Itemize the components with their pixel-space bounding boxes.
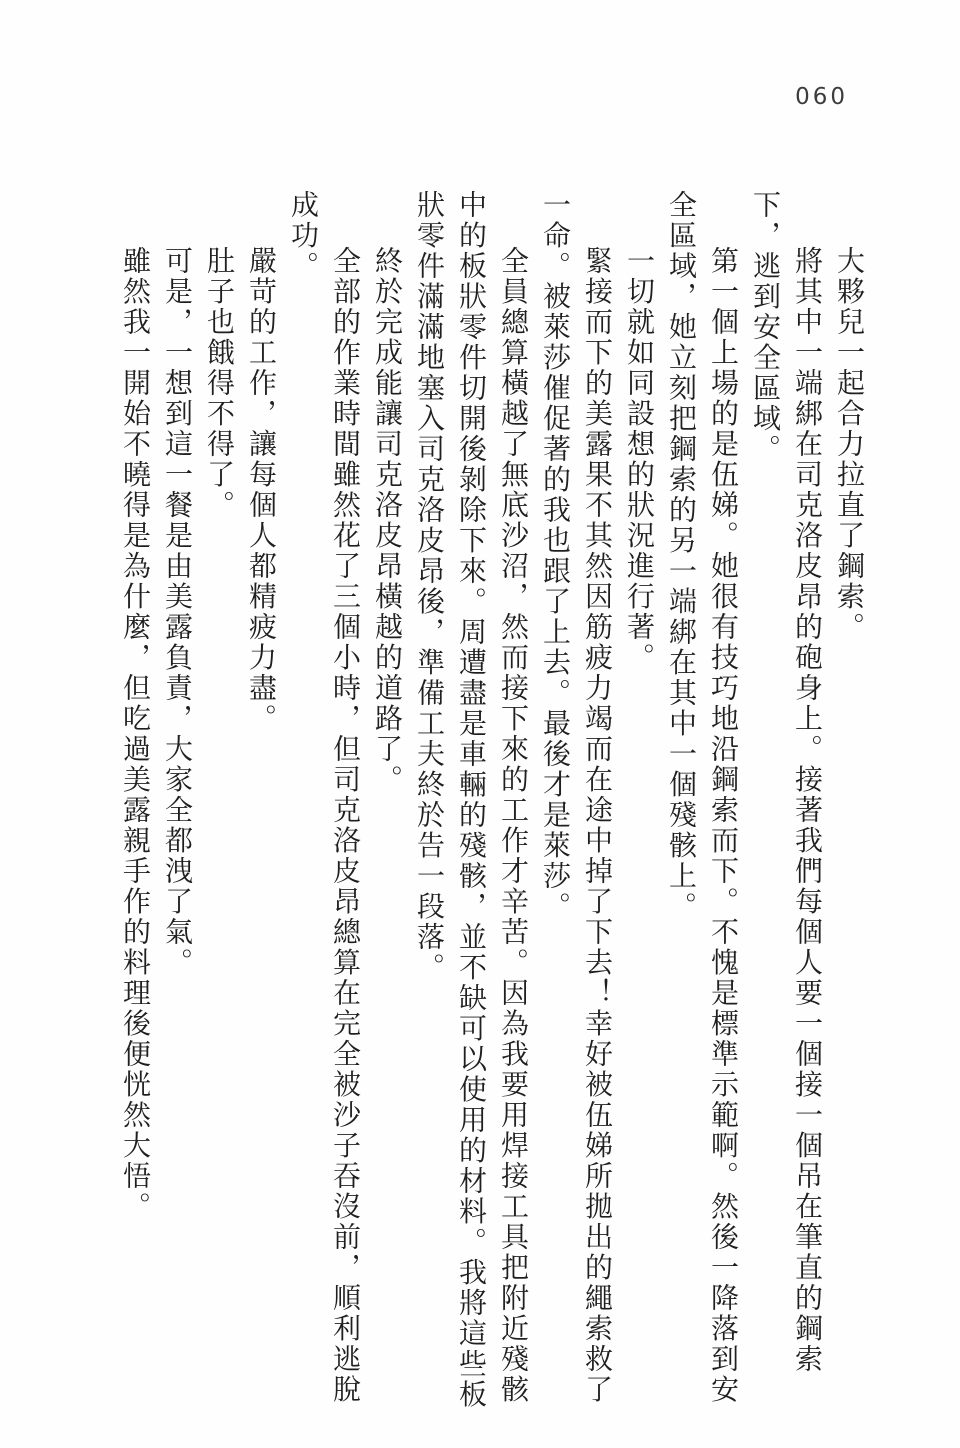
book-page: 060 大夥兒一起合力拉直了鋼索。 將其中一端綁在司克洛皮昂的砲身上。接著我們每… bbox=[0, 0, 960, 1448]
paragraph: 終於完成能讓司克洛皮昂橫越的道路了。 bbox=[366, 190, 408, 1430]
paragraph: 將其中一端綁在司克洛皮昂的砲身上。接著我們每個人要一個接一個吊在筆直的鋼索下，逃… bbox=[744, 190, 828, 1430]
paragraph: 雖然我一開始不曉得是為什麼，但吃過美露親手作的料理後便恍然大悟。 bbox=[114, 190, 156, 1430]
paragraph: 肚子也餓得不得了。 bbox=[198, 190, 240, 1430]
paragraph: 緊接而下的美露果不其然因筋疲力竭而在途中掉了下去！幸好被伍娣所拋出的繩索救了一命… bbox=[534, 190, 618, 1430]
page-number: 060 bbox=[795, 84, 848, 110]
paragraph: 可是，一想到這一餐是由美露負責，大家全都洩了氣。 bbox=[156, 190, 198, 1430]
paragraph: 嚴苛的工作，讓每個人都精疲力盡。 bbox=[240, 190, 282, 1430]
paragraph: 全部的作業時間雖然花了三個小時，但司克洛皮昂總算在完全被沙子吞沒前，順利逃脫成功… bbox=[282, 190, 366, 1430]
paragraph: 大夥兒一起合力拉直了鋼索。 bbox=[828, 190, 870, 1430]
vertical-text-block: 大夥兒一起合力拉直了鋼索。 將其中一端綁在司克洛皮昂的砲身上。接著我們每個人要一… bbox=[114, 190, 870, 1430]
paragraph: 一切就如同設想的狀況進行著。 bbox=[618, 190, 660, 1430]
paragraph: 全員總算橫越了無底沙沼，然而接下來的工作才辛苦。因為我要用焊接工具把附近殘骸中的… bbox=[408, 190, 534, 1430]
paragraph: 第一個上場的是伍娣。她很有技巧地沿鋼索而下。不愧是標準示範啊。然後一降落到安全區… bbox=[660, 190, 744, 1430]
